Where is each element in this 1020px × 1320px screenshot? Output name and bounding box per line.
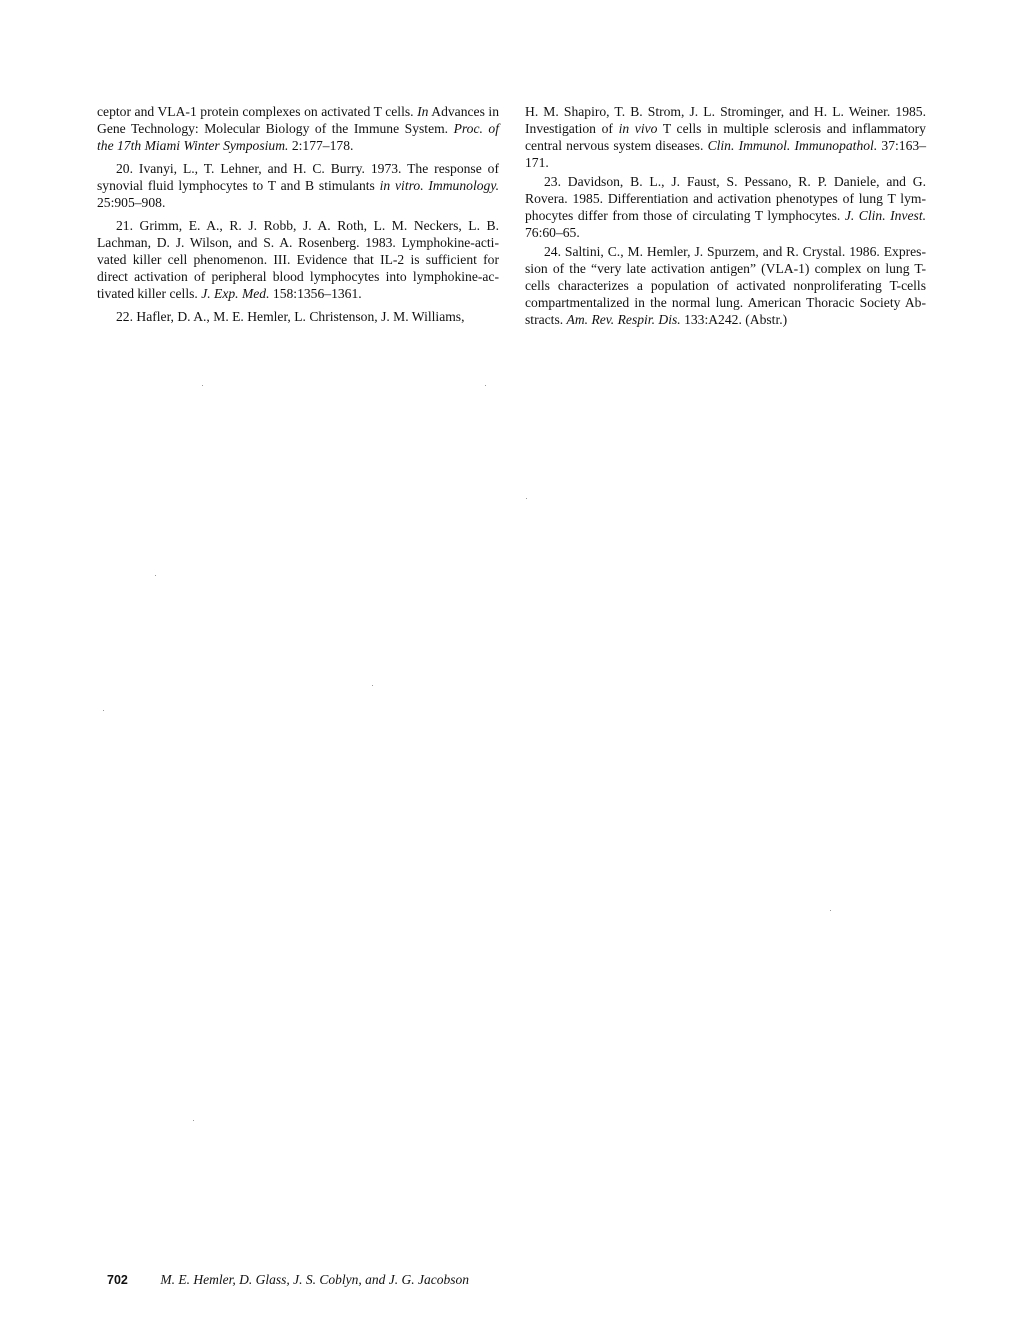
citation-text: ceptor and VLA-1 protein complexes on ac… (97, 104, 417, 119)
citation-italic-text: In (417, 104, 428, 119)
reference-20: 20. Ivanyi, L., T. Lehner, and H. C. Bur… (97, 160, 499, 211)
citation-text: 158:1356–1361. (270, 286, 362, 301)
citation-italic-text: in vitro. Immunology. (380, 178, 499, 193)
reference-23: 23. Davidson, B. L., J. Faust, S. Pessan… (525, 173, 926, 241)
scan-speck (372, 685, 373, 686)
citation-italic-text: Clin. Immunol. Immunopathol. (708, 138, 878, 153)
citation-text: 25:905–908. (97, 195, 165, 210)
citation-text: 22. Hafler, D. A., M. E. Hemler, L. Chri… (116, 309, 465, 324)
reference-21: 21. Grimm, E. A., R. J. Robb, J. A. Roth… (97, 217, 499, 302)
reference-19-continued: ceptor and VLA-1 protein complexes on ac… (97, 103, 499, 154)
reference-22-continued: H. M. Shapiro, T. B. Strom, J. L. Stromi… (525, 103, 926, 171)
left-column: ceptor and VLA-1 protein complexes on ac… (97, 103, 499, 331)
right-column: H. M. Shapiro, T. B. Strom, J. L. Stromi… (525, 103, 926, 334)
reference-22: 22. Hafler, D. A., M. E. Hemler, L. Chri… (97, 308, 499, 325)
running-head-authors: M. E. Hemler, D. Glass, J. S. Coblyn, an… (160, 1272, 469, 1287)
page-footer: 702 M. E. Hemler, D. Glass, J. S. Coblyn… (107, 1272, 469, 1288)
scan-speck (830, 910, 831, 911)
citation-italic-text: J. Exp. Med. (201, 286, 269, 301)
scan-speck (103, 710, 104, 711)
scan-speck (155, 575, 156, 576)
citation-text: 2:177–178. (288, 138, 353, 153)
page-number: 702 (107, 1273, 157, 1287)
citation-text: 76:60–65. (525, 225, 580, 240)
citation-text: 133:A242. (Abstr.) (681, 312, 787, 327)
scan-speck (202, 385, 203, 386)
scan-speck (193, 1120, 194, 1121)
scan-speck (526, 498, 527, 499)
citation-italic-text: Am. Rev. Respir. Dis. (567, 312, 681, 327)
reference-24: 24. Saltini, C., M. Hemler, J. Spurzem, … (525, 243, 926, 328)
citation-italic-text: J. Clin. Invest. (845, 208, 926, 223)
citation-italic-text: in vivo (619, 121, 658, 136)
scan-speck (485, 385, 486, 386)
